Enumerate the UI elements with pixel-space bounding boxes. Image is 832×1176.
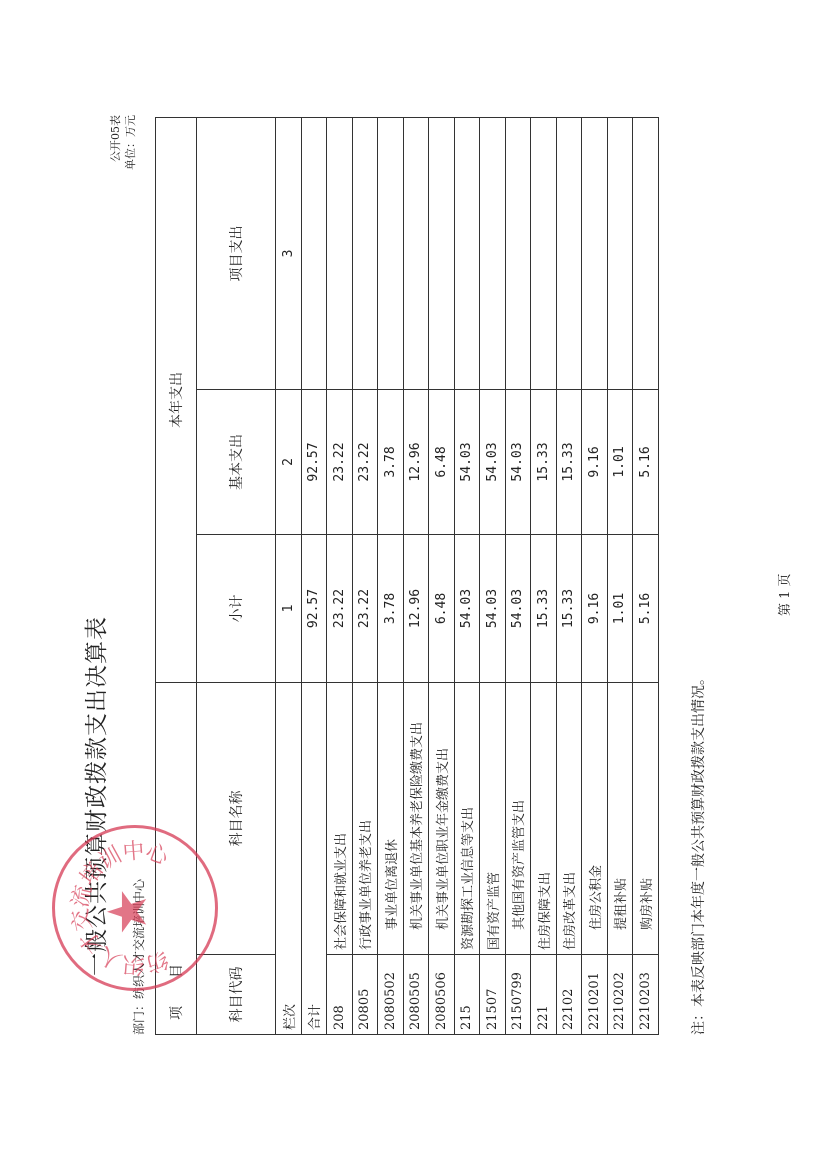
row-project xyxy=(556,117,582,389)
row-code: 2080502 xyxy=(378,955,404,1035)
total-subtotal: 92.57 xyxy=(301,535,327,683)
row-name: 机关事业单位基本养老保险缴费支出 xyxy=(403,683,429,955)
rotated-page: 一般公共预算财政拨款支出决算表 公开05表 单位：万元 部门：纺织人才交流培训中… xyxy=(0,0,832,1176)
row-basic: 54.03 xyxy=(454,390,480,535)
index-subtotal: 1 xyxy=(276,535,302,683)
row-project xyxy=(505,117,531,389)
row-name: 国有资产监管 xyxy=(480,683,506,955)
row-basic: 54.03 xyxy=(505,390,531,535)
row-subtotal: 54.03 xyxy=(505,535,531,683)
row-basic: 3.78 xyxy=(378,390,404,535)
index-row: 栏次 1 2 3 xyxy=(276,117,302,1034)
row-code: 20805 xyxy=(352,955,378,1035)
row-name: 提租补贴 xyxy=(607,683,633,955)
table-row: 2210201住房公积金9.169.16 xyxy=(582,117,608,1034)
row-subtotal: 1.01 xyxy=(607,535,633,683)
header-project-group: 项 目 xyxy=(156,683,197,1035)
table-row: 208社会保障和就业支出23.2223.22 xyxy=(327,117,353,1034)
row-code: 21507 xyxy=(480,955,506,1035)
page-number: 第 1 页 xyxy=(774,573,793,616)
total-basic: 92.57 xyxy=(301,390,327,535)
row-subtotal: 15.33 xyxy=(531,535,557,683)
table-code: 公开05表 xyxy=(108,115,123,170)
row-subtotal: 3.78 xyxy=(378,535,404,683)
row-code: 2080506 xyxy=(429,955,455,1035)
expenditure-table: 项 目 本年支出 科目代码 科目名称 小计 基本支出 项目支出 栏次 1 2 3… xyxy=(155,117,659,1035)
row-code: 221 xyxy=(531,955,557,1035)
row-subtotal: 12.96 xyxy=(403,535,429,683)
row-project xyxy=(607,117,633,389)
row-basic: 15.33 xyxy=(531,390,557,535)
total-row: 合计 92.57 92.57 xyxy=(301,117,327,1034)
row-basic: 9.16 xyxy=(582,390,608,535)
index-project: 3 xyxy=(276,117,302,389)
row-subtotal: 5.16 xyxy=(633,535,659,683)
row-code: 2210202 xyxy=(607,955,633,1035)
table-meta: 公开05表 单位：万元 xyxy=(108,115,138,170)
table-row: 2210202提租补贴1.011.01 xyxy=(607,117,633,1034)
row-subtotal: 54.03 xyxy=(454,535,480,683)
row-subtotal: 15.33 xyxy=(556,535,582,683)
row-subtotal: 54.03 xyxy=(480,535,506,683)
row-project xyxy=(633,117,659,389)
row-subtotal: 6.48 xyxy=(429,535,455,683)
table-row: 20805行政事业单位养老支出23.2223.22 xyxy=(352,117,378,1034)
row-basic: 5.16 xyxy=(633,390,659,535)
row-name: 行政事业单位养老支出 xyxy=(352,683,378,955)
row-project xyxy=(480,117,506,389)
table-row: 21507国有资产监管54.0354.03 xyxy=(480,117,506,1034)
row-code: 22102 xyxy=(556,955,582,1035)
header-year-group: 本年支出 xyxy=(156,117,197,682)
header-basic: 基本支出 xyxy=(197,390,276,535)
row-basic: 12.96 xyxy=(403,390,429,535)
table-row: 2080505机关事业单位基本养老保险缴费支出12.9612.96 xyxy=(403,117,429,1034)
row-code: 2150799 xyxy=(505,955,531,1035)
total-project xyxy=(301,117,327,389)
table-row: 2150799其他国有资产监管支出54.0354.03 xyxy=(505,117,531,1034)
row-project xyxy=(429,117,455,389)
row-code: 2080505 xyxy=(403,955,429,1035)
row-project xyxy=(327,117,353,389)
row-project xyxy=(352,117,378,389)
row-project xyxy=(454,117,480,389)
row-name: 住房改革支出 xyxy=(556,683,582,955)
row-code: 215 xyxy=(454,955,480,1035)
row-basic: 6.48 xyxy=(429,390,455,535)
total-label: 合计 xyxy=(301,683,327,1035)
department-label: 部门：纺织人才交流培训中心 xyxy=(130,879,147,1035)
row-name: 住房公积金 xyxy=(582,683,608,955)
header-subtotal: 小计 xyxy=(197,535,276,683)
table-row: 2080506机关事业单位职业年金缴费支出6.486.48 xyxy=(429,117,455,1034)
table-row: 215资源勘探工业信息等支出54.0354.03 xyxy=(454,117,480,1034)
row-project xyxy=(531,117,557,389)
header-code: 科目代码 xyxy=(197,955,276,1035)
row-name: 机关事业单位职业年金缴费支出 xyxy=(429,683,455,955)
row-name: 事业单位离退休 xyxy=(378,683,404,955)
row-name: 购房补贴 xyxy=(633,683,659,955)
index-basic: 2 xyxy=(276,390,302,535)
table-row: 2210203购房补贴5.165.16 xyxy=(633,117,659,1034)
row-basic: 23.22 xyxy=(327,390,353,535)
row-name: 资源勘探工业信息等支出 xyxy=(454,683,480,955)
table-row: 221住房保障支出15.3315.33 xyxy=(531,117,557,1034)
header-name: 科目名称 xyxy=(197,683,276,955)
row-subtotal: 23.22 xyxy=(352,535,378,683)
footnote: 注：本表反映部门本年度一般公共预算财政拨款支出情况。 xyxy=(688,671,708,1035)
table-row: 2080502事业单位离退休3.783.78 xyxy=(378,117,404,1034)
row-name: 其他国有资产监管支出 xyxy=(505,683,531,955)
index-label: 栏次 xyxy=(276,683,302,1035)
row-basic: 23.22 xyxy=(352,390,378,535)
row-code: 208 xyxy=(327,955,353,1035)
seal-char: 中 xyxy=(121,834,145,867)
page-title: 一般公共预算财政拨款支出决算表 xyxy=(78,616,111,976)
row-project xyxy=(403,117,429,389)
row-basic: 15.33 xyxy=(556,390,582,535)
row-project xyxy=(378,117,404,389)
row-code: 2210203 xyxy=(633,955,659,1035)
row-basic: 1.01 xyxy=(607,390,633,535)
row-code: 2210201 xyxy=(582,955,608,1035)
row-basic: 54.03 xyxy=(480,390,506,535)
table-row: 22102住房改革支出15.3315.33 xyxy=(556,117,582,1034)
row-project xyxy=(582,117,608,389)
unit-label: 单位：万元 xyxy=(123,115,138,170)
row-subtotal: 23.22 xyxy=(327,535,353,683)
row-subtotal: 9.16 xyxy=(582,535,608,683)
row-name: 社会保障和就业支出 xyxy=(327,683,353,955)
header-project: 项目支出 xyxy=(197,117,276,389)
row-name: 住房保障支出 xyxy=(531,683,557,955)
